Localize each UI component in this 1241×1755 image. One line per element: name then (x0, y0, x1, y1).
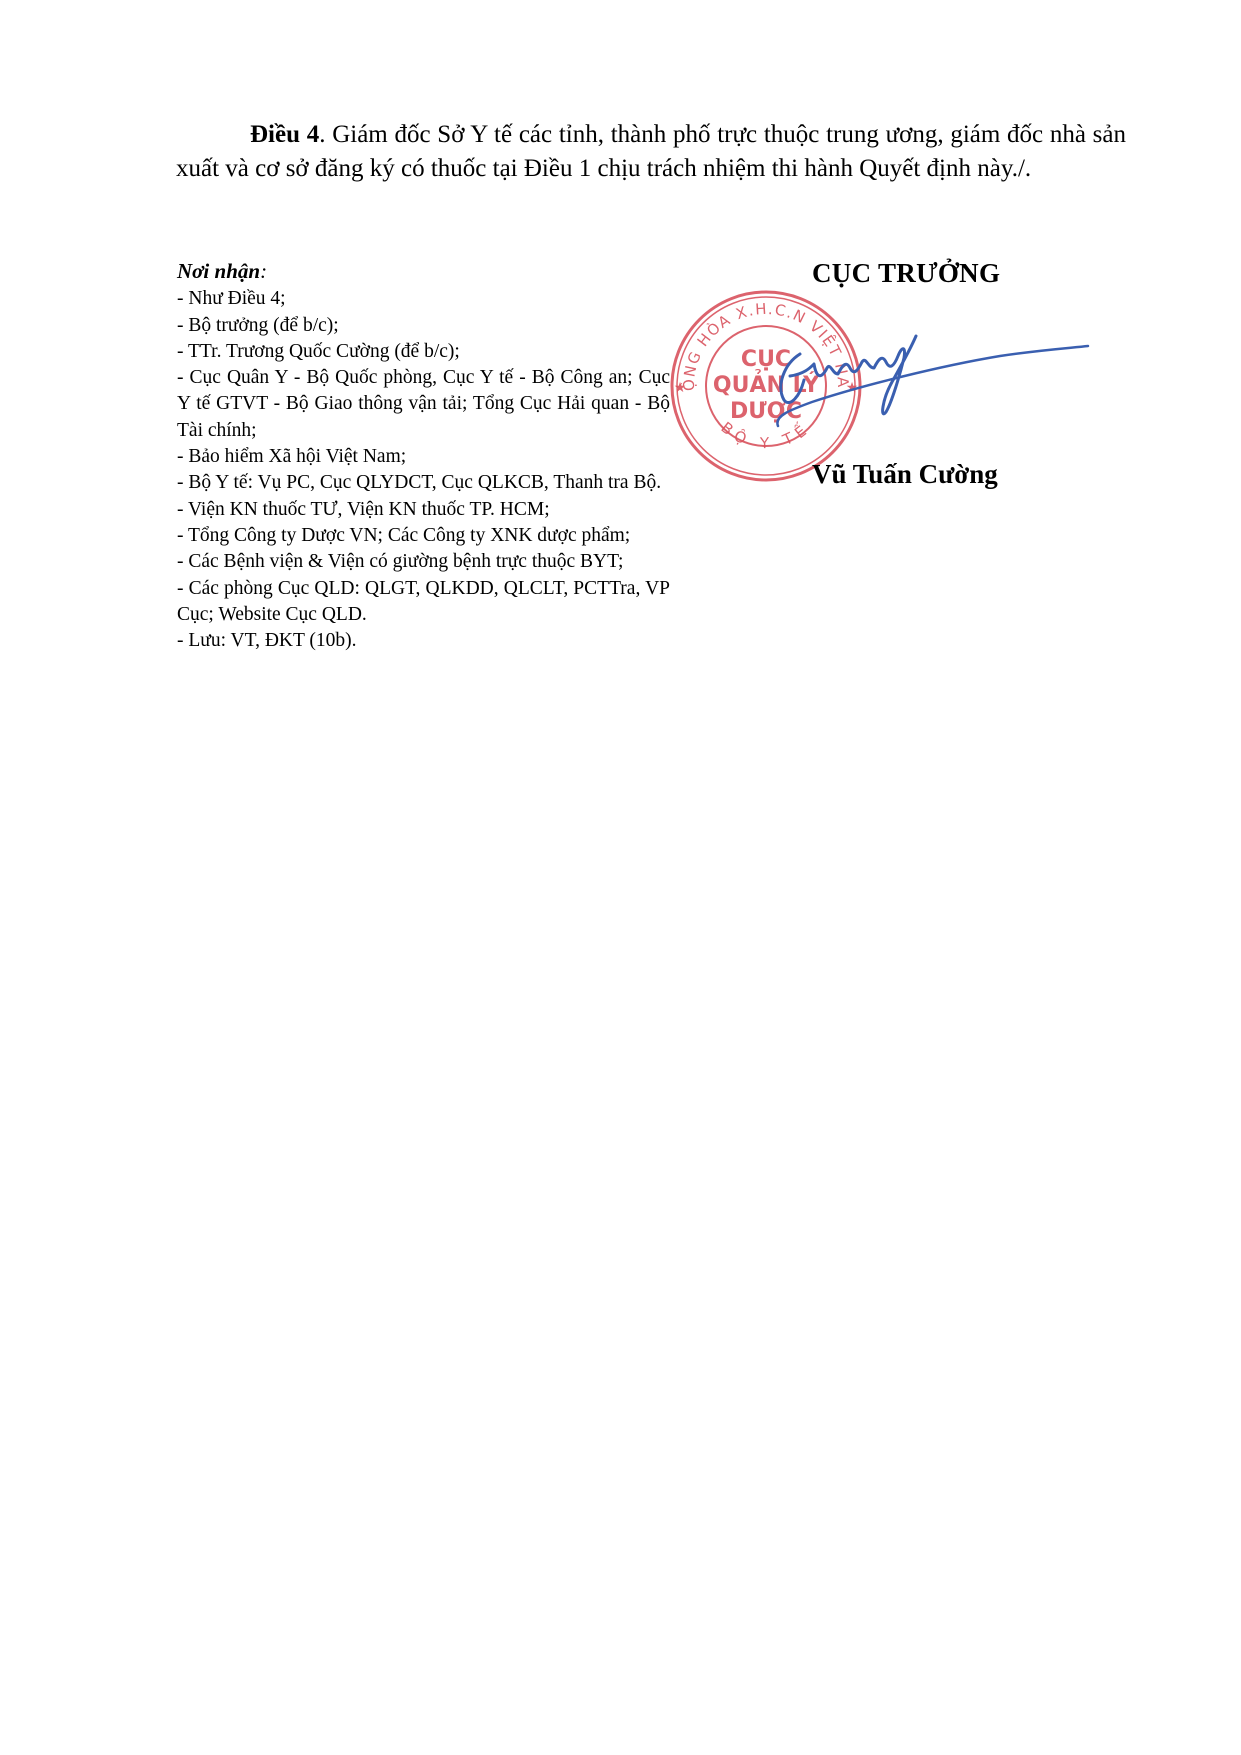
recipient-item: - Các phòng Cục QLD: QLGT, QLKDD, QLCLT,… (177, 576, 670, 629)
article-label: Điều 4 (250, 121, 319, 148)
recipient-item: - Như Điều 4; (177, 286, 670, 312)
recipient-item: - Bộ trưởng (để b/c); (177, 313, 670, 339)
recipients-block: Nơi nhận: - Như Điều 4; - Bộ trưởng (để … (177, 258, 670, 654)
recipient-item: - Các Bệnh viện & Viện có giường bệnh tr… (177, 549, 670, 575)
recipient-item: - Viện KN thuốc TƯ, Viện KN thuốc TP. HC… (177, 497, 670, 523)
recipients-heading-line: Nơi nhận: (177, 258, 670, 286)
recipients-heading: Nơi nhận (177, 259, 260, 283)
recipient-item: - Lưu: VT, ĐKT (10b). (177, 628, 670, 654)
signer-name: Vũ Tuấn Cường (812, 459, 998, 490)
article-text: . Giám đốc Sở Y tế các tỉnh, thành phố t… (176, 121, 1126, 182)
recipient-item: - Tổng Công ty Dược VN; Các Công ty XNK … (177, 523, 670, 549)
svg-text:★: ★ (674, 380, 687, 396)
signer-title: CỤC TRƯỞNG (812, 258, 1000, 289)
recipient-item: - TTr. Trương Quốc Cường (để b/c); (177, 339, 670, 365)
recipient-item: - Cục Quân Y - Bộ Quốc phòng, Cục Y tế -… (177, 365, 670, 444)
article-4-paragraph: Điều 4. Giám đốc Sở Y tế các tỉnh, thành… (176, 118, 1126, 185)
recipient-item: - Bộ Y tế: Vụ PC, Cục QLYDCT, Cục QLKCB,… (177, 470, 670, 496)
recipients-heading-colon: : (260, 259, 267, 283)
handwritten-signature-icon (770, 316, 1090, 446)
recipient-item: - Bảo hiểm Xã hội Việt Nam; (177, 444, 670, 470)
